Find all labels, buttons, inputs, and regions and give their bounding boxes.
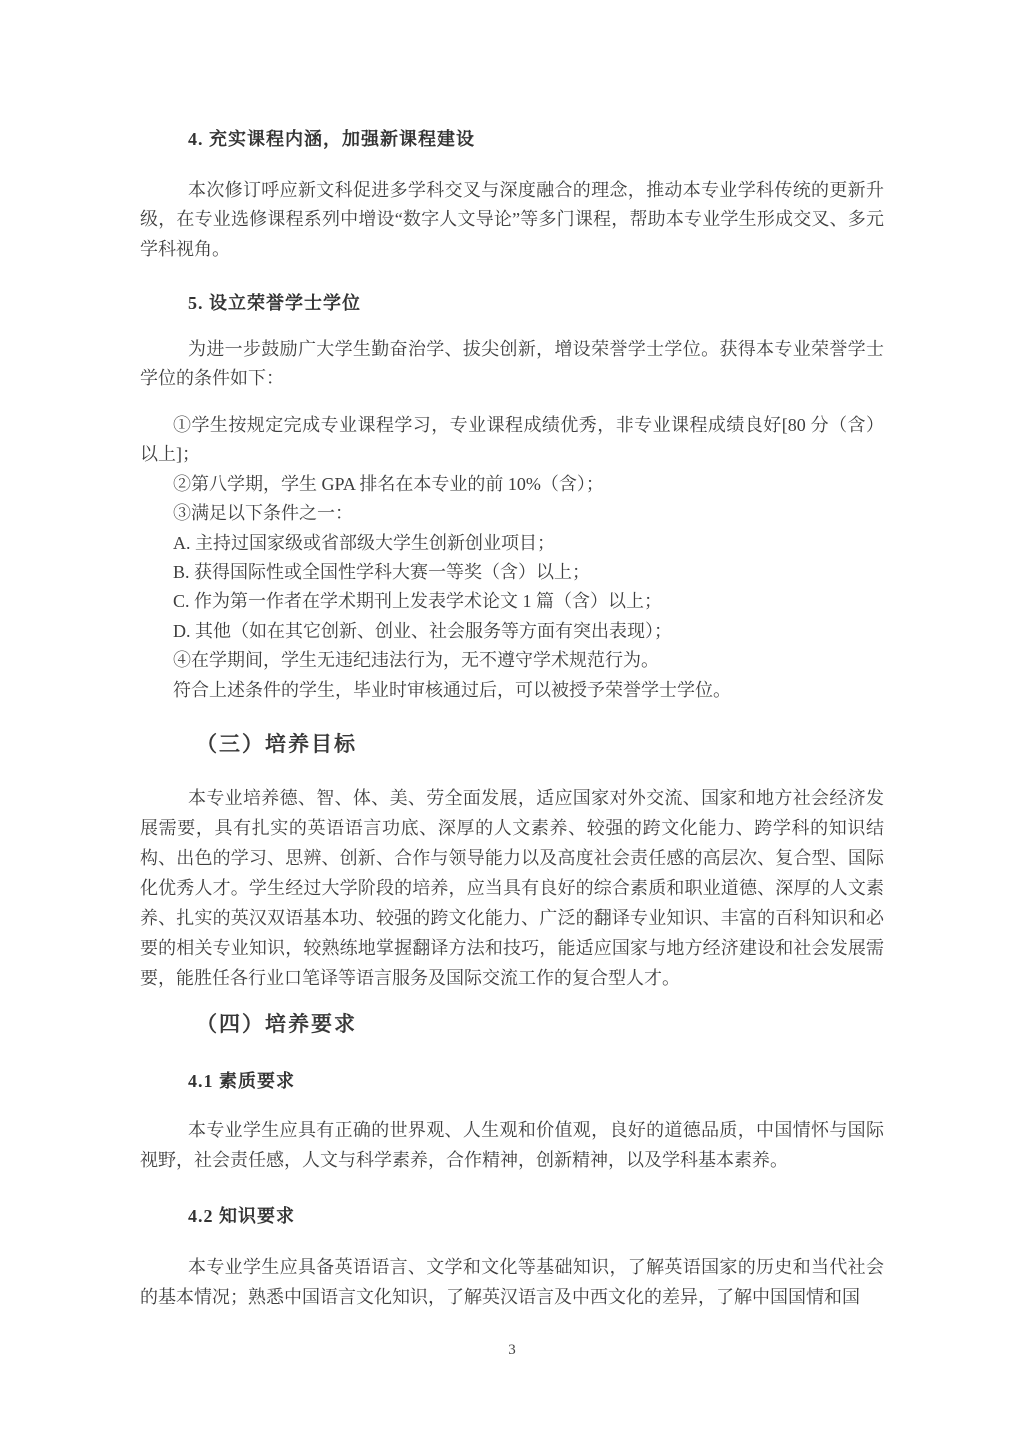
heading-honors-degree: 5. 设立荣誉学士学位 — [140, 290, 884, 317]
document-page: 4. 充实课程内涵，加强新课程建设 本次修订呼应新文科促进多学科交叉与深度融合的… — [0, 0, 1024, 1448]
honors-award-note: 符合上述条件的学生，毕业时审核通过后，可以被授予荣誉学士学位。 — [140, 676, 884, 705]
honors-condition-1: ①学生按规定完成专业课程学习，专业课程成绩优秀，非专业课程成绩良好[80 分（含… — [140, 411, 884, 470]
para-knowledge-requirements: 本专业学生应具备英语语言、文学和文化等基础知识，了解英语国家的历史和当代社会的基… — [140, 1252, 884, 1312]
honors-condition-3d: D. 其他（如在其它创新、创业、社会服务等方面有突出表现）； — [140, 617, 884, 646]
honors-condition-3c: C. 作为第一作者在学术期刊上发表学术论文 1 篇（含）以上； — [140, 587, 884, 616]
heading-training-objectives: （三）培养目标 — [140, 730, 884, 759]
honors-condition-3: ③满足以下条件之一： — [140, 499, 884, 528]
para-training-objectives: 本专业培养德、智、体、美、劳全面发展，适应国家对外交流、国家和地方社会经济发展需… — [140, 783, 884, 993]
para-curriculum-revision: 本次修订呼应新文科促进多学科交叉与深度融合的理念，推动本专业学科传统的更新升级，… — [140, 176, 884, 264]
page-number: 3 — [0, 1342, 1024, 1359]
honors-condition-list: ①学生按规定完成专业课程学习，专业课程成绩优秀，非专业课程成绩良好[80 分（含… — [140, 411, 884, 705]
honors-condition-3b: B. 获得国际性或全国性学科大赛一等奖（含）以上； — [140, 558, 884, 587]
heading-quality-requirements: 4.1 素质要求 — [140, 1068, 884, 1095]
heading-knowledge-requirements: 4.2 知识要求 — [140, 1203, 884, 1230]
honors-condition-4: ④在学期间，学生无违纪违法行为，无不遵守学术规范行为。 — [140, 646, 884, 675]
honors-condition-3a: A. 主持过国家级或省部级大学生创新创业项目； — [140, 529, 884, 558]
heading-intensify-courses: 4. 充实课程内涵，加强新课程建设 — [140, 126, 884, 153]
honors-condition-2: ②第八学期，学生 GPA 排名在本专业的前 10%（含）； — [140, 470, 884, 499]
para-honors-intro: 为进一步鼓励广大学生勤奋治学、拔尖创新，增设荣誉学士学位。获得本专业荣誉学士学位… — [140, 335, 884, 394]
heading-training-requirements: （四）培养要求 — [140, 1010, 884, 1039]
para-quality-requirements: 本专业学生应具有正确的世界观、人生观和价值观，良好的道德品质，中国情怀与国际视野… — [140, 1115, 884, 1175]
